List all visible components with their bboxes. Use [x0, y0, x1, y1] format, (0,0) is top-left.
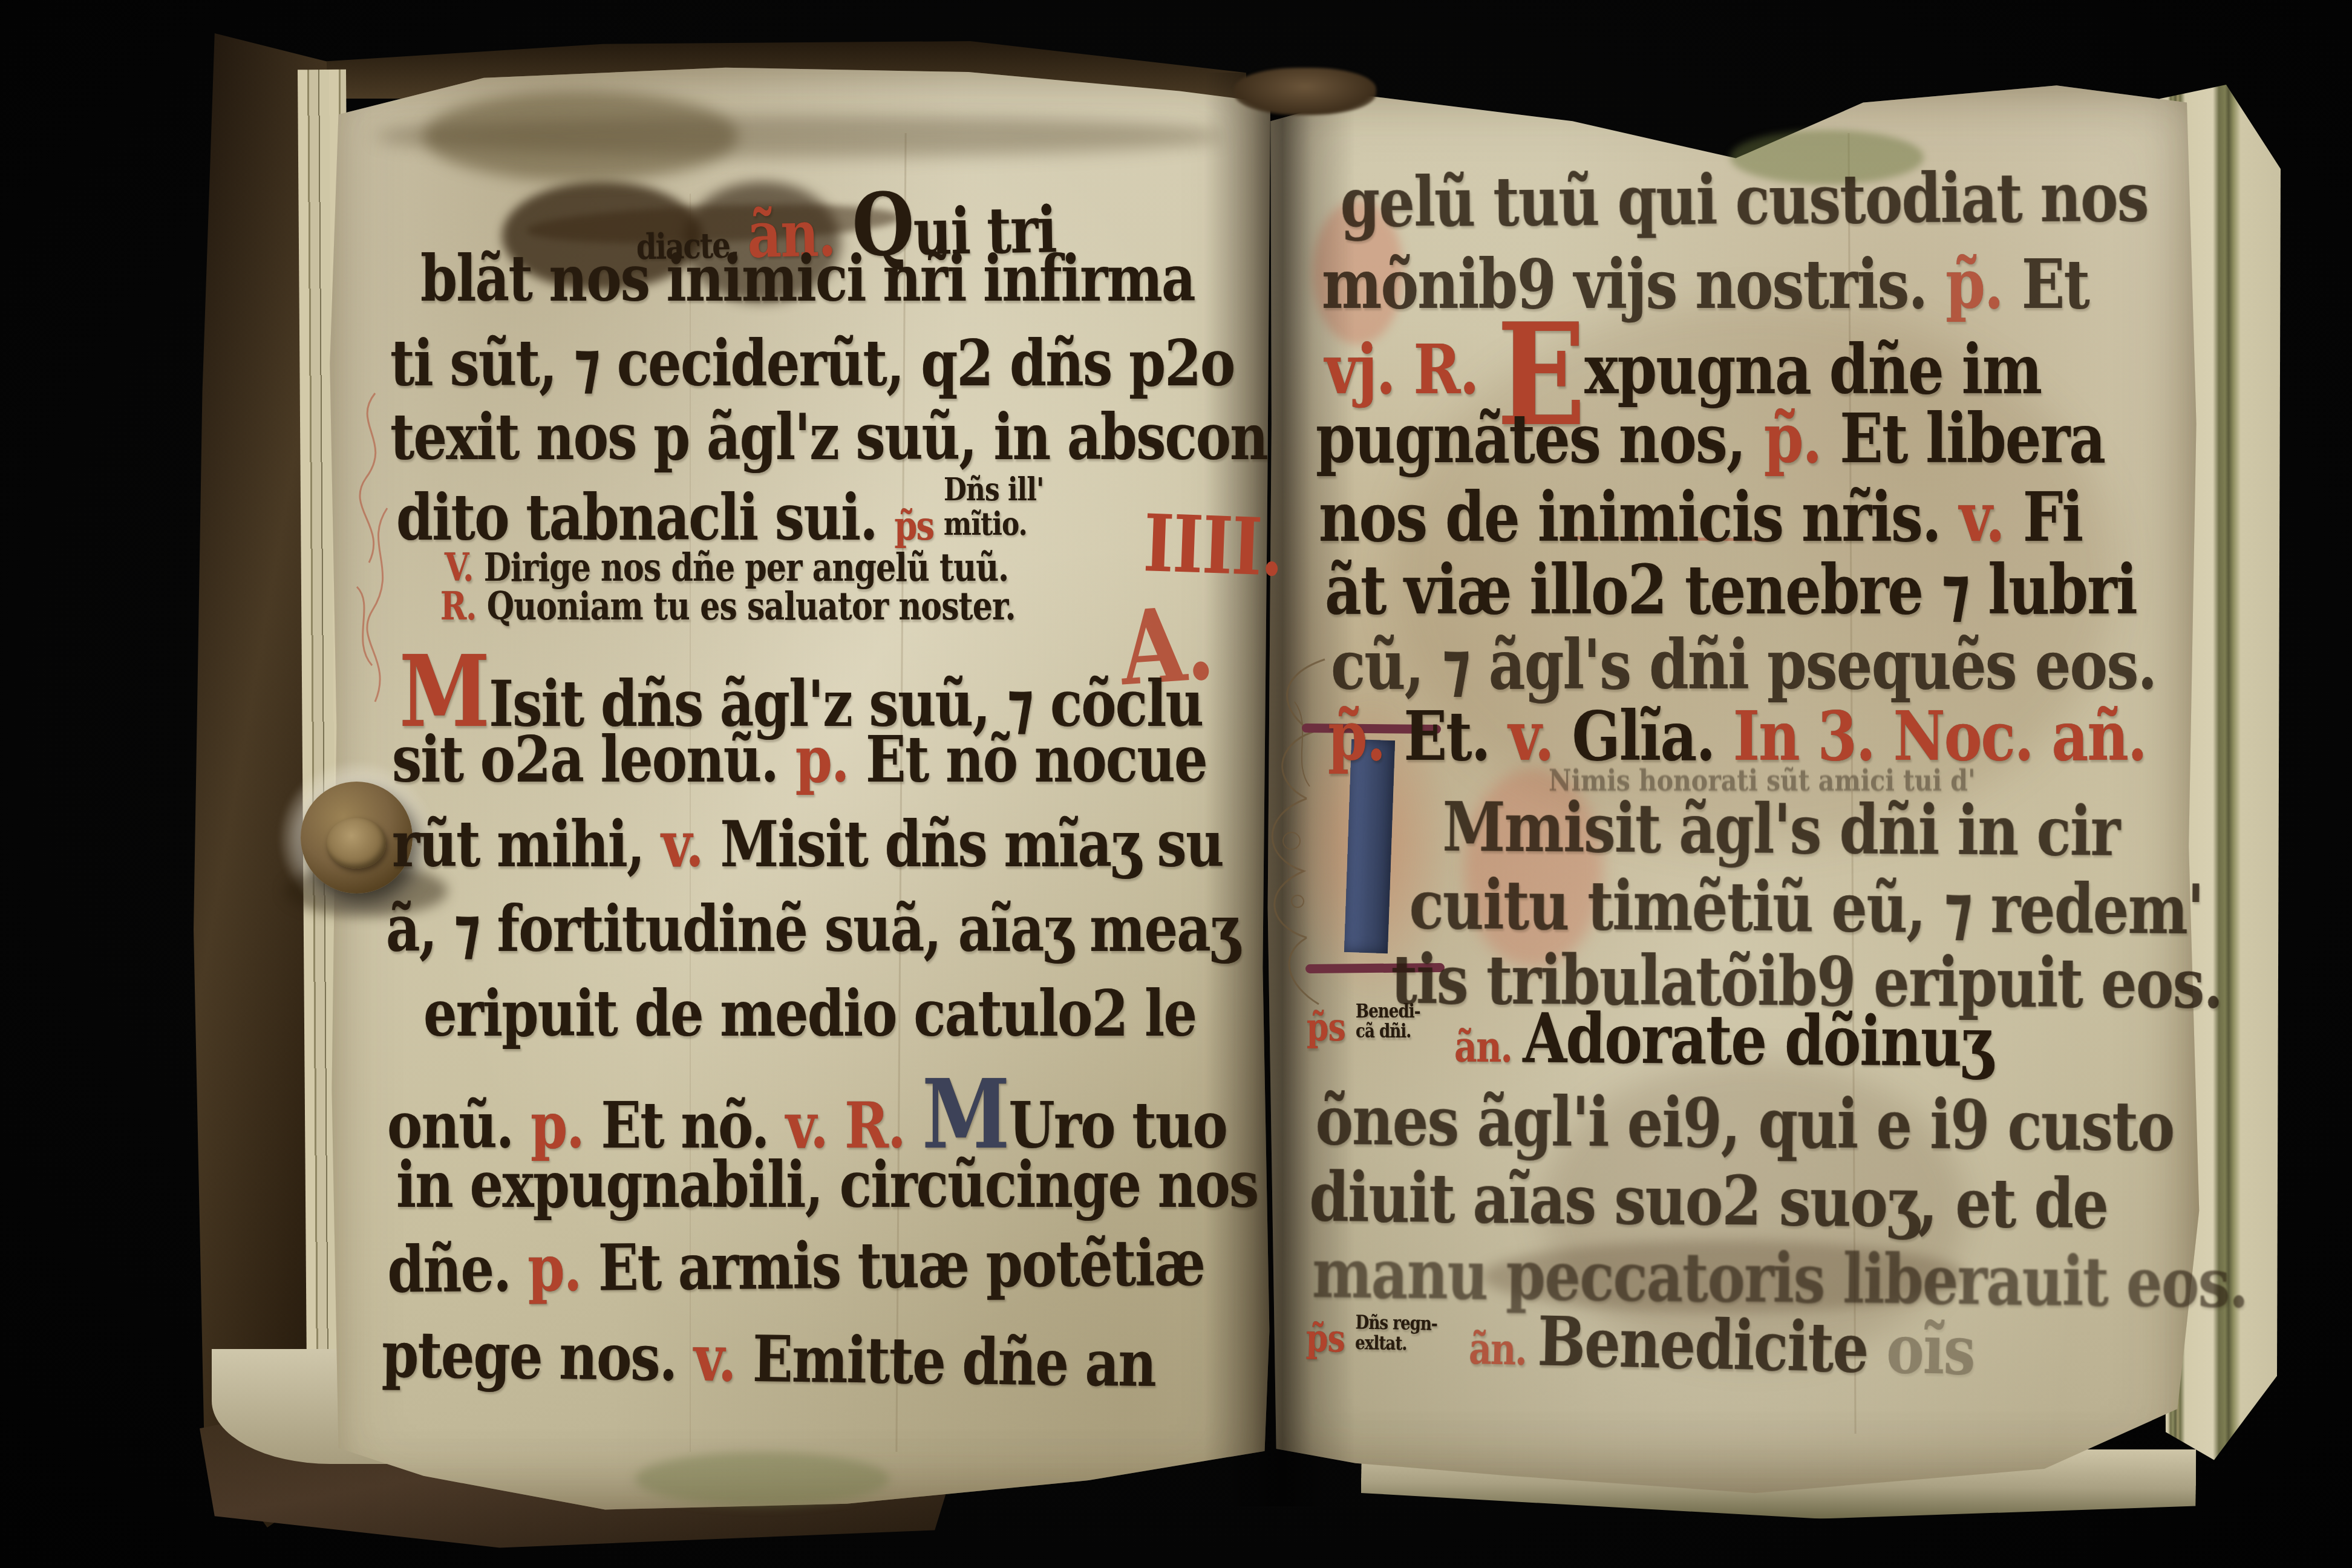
- right-page-line-5: nos de inimicis nr̃is. v. Fi: [1319, 477, 2082, 557]
- text-segment: dñe.: [387, 1232, 528, 1307]
- right-page-margin-psalm-2: p̃s Dñs regn- exltat.: [1306, 1312, 1438, 1363]
- left-page-line-4: texit nos p ãgl'z suũ, in abscon: [390, 400, 1267, 475]
- text-segment: Et.: [1404, 696, 1509, 776]
- text-segment: oĩs: [1886, 1308, 1975, 1390]
- text-segment: dito tabnacli sui.: [396, 480, 894, 555]
- text-segment: ti sũt, ⁊ ceciderũt, q2 dñs p2o: [390, 327, 1235, 401]
- text-segment: Et libera: [1840, 398, 2105, 479]
- text-segment: p̃s: [1306, 1316, 1356, 1361]
- left-page-line-12: eripuit de medio catulo2 le: [423, 977, 1196, 1051]
- left-page-line-10: rũt mihi, v. Misit dñs mĩaʒ su: [392, 808, 1223, 882]
- text-segment: p̃s: [1307, 1005, 1356, 1050]
- right-page-line-12: ãn. Adorate dõinuʒ: [1454, 997, 1993, 1082]
- text-segment: p.: [795, 723, 866, 797]
- text-segment: p̃.: [1945, 244, 2022, 324]
- text-segment: Dirige nos dñe per angelũ tuũ.: [484, 546, 1009, 590]
- right-page-line-10: cuitu timẽtiũ eũ, ⁊ redem': [1409, 864, 2204, 950]
- text-segment: in expugnabili, circũcinge nos: [396, 1148, 1258, 1223]
- right-page-margin-psalm-1: p̃s Benedi- cã dñi.: [1307, 1001, 1420, 1050]
- text-segment: Et nõ nocue: [866, 723, 1207, 797]
- text-segment: pugnãtes nos,: [1316, 398, 1764, 479]
- text-segment: v.: [1959, 477, 2023, 557]
- text-segment: Misit dñs mĩaʒ su: [720, 808, 1223, 882]
- text-segment: texit nos p ãgl'z suũ, in abscon: [390, 400, 1267, 475]
- text-segment: ã, ⁊ fortitudinẽ suã, aĩaʒ meaʒ: [386, 892, 1239, 967]
- text-segment: ãn.: [1468, 1324, 1538, 1375]
- text-segment: eripuit de medio catulo2 le: [423, 977, 1196, 1051]
- text-segment: IIII.: [1142, 497, 1284, 594]
- text-segment: diuit aĩas suo2 suoʒ, et de: [1309, 1157, 2108, 1244]
- left-page-line-6: V. Dirige nos dñe per angelũ tuũ.: [445, 546, 1008, 590]
- left-page-line-3: ti sũt, ⁊ ceciderũt, q2 dñs p2o: [390, 327, 1235, 401]
- clasp-knob-stub: [327, 818, 386, 869]
- right-page-line-4: pugnãtes nos, p̃. Et libera: [1316, 398, 2105, 479]
- right-page-line-14: diuit aĩas suo2 suoʒ, et de: [1309, 1157, 2108, 1244]
- left-page-line-14: in expugnabili, circũcinge nos: [396, 1148, 1258, 1223]
- photo-stage: diacte, ãn. Qui tri blãt nos inimici nr̃…: [0, 0, 2352, 1568]
- text-segment: p̃.: [1328, 696, 1404, 776]
- right-page-line-7: cũ, ⁊ ãgl's dñi psequẽs eos.: [1331, 624, 2156, 705]
- text-segment: V.: [445, 546, 484, 590]
- left-page-line-5: dito tabnacli sui. p̃s Dñs ill' mĩtio.: [396, 473, 1044, 555]
- left-page-line-2: blãt nos inimici nr̃i infirma: [420, 242, 1195, 316]
- text-segment: p̃s: [894, 502, 944, 549]
- text-segment: Benedi- cã dñi.: [1356, 1001, 1420, 1042]
- text-segment: v.: [693, 1321, 753, 1396]
- left-page-line-9: sit o2a leonũ. p. Et nõ nocue: [392, 723, 1207, 797]
- text-segment: R.: [440, 584, 487, 629]
- text-segment: sit o2a leonũ.: [392, 723, 795, 797]
- text-segment: Fi: [2023, 477, 2083, 557]
- text-segment: nos de inimicis nr̃is.: [1319, 477, 1959, 557]
- text-segment: ãn.: [1454, 1021, 1523, 1072]
- text-segment: Mmisit ãgl's dñi in cir: [1442, 786, 2120, 872]
- text-segment: blãt nos inimici nr̃i infirma: [420, 242, 1195, 316]
- text-segment: rũt mihi,: [392, 808, 661, 882]
- text-segment: Dñs ill' mĩtio.: [944, 473, 1044, 542]
- left-page-rubric-IIII: IIII.: [1142, 497, 1284, 594]
- right-page-line-6: ãt viæ illo2 tenebre ⁊ lubri: [1325, 549, 2137, 630]
- headband-fray: [1234, 68, 1376, 115]
- right-page-line-13: õnes ãgl'i ei9, qui e i9 custo: [1315, 1080, 2174, 1166]
- text-segment: ãt viæ illo2 tenebre ⁊ lubri: [1325, 549, 2137, 630]
- right-page-line-16: ãn. Benedicite oĩs: [1468, 1299, 1975, 1391]
- text-segment: cuitu timẽtiũ eũ, ⁊ redem': [1409, 864, 2204, 950]
- text-segment: mõnib9 vijs nostris.: [1322, 244, 1945, 324]
- right-page-line-2: mõnib9 vijs nostris. p̃. Et: [1322, 244, 2089, 324]
- text-segment: Benedicite: [1537, 1301, 1887, 1388]
- text-segment: Quoniam tu es saluator noster.: [487, 584, 1016, 629]
- text-segment: Et: [2022, 244, 2089, 324]
- left-page-line-16: ptege nos. v. Emitte dñe an: [381, 1318, 1155, 1402]
- right-page-line-1: gelũ tuũ qui custodiat nos: [1340, 157, 2148, 243]
- text-segment: cũ, ⁊ ãgl's dñi psequẽs eos.: [1331, 624, 2156, 705]
- text-segment: p.: [528, 1231, 598, 1306]
- text-segment: v.: [661, 808, 720, 882]
- left-page-line-11: ã, ⁊ fortitudinẽ suã, aĩaʒ meaʒ: [386, 892, 1239, 967]
- text-segment: Emitte dñe an: [753, 1322, 1156, 1401]
- text-segment: p̃.: [1764, 398, 1840, 479]
- text-segment: gelũ tuũ qui custodiat nos: [1340, 157, 2148, 243]
- right-page-line-9: Mmisit ãgl's dñi in cir: [1442, 786, 2120, 872]
- text-segment: ptege nos.: [381, 1318, 694, 1396]
- text-segment: Et armis tuæ potẽtiæ: [598, 1226, 1204, 1305]
- text-segment: õnes ãgl'i ei9, qui e i9 custo: [1315, 1080, 2174, 1166]
- left-page-line-7: R. Quoniam tu es saluator noster.: [440, 584, 1016, 629]
- text-segment: Adorate dõinuʒ: [1523, 998, 1992, 1082]
- left-page-line-15: dñe. p. Et armis tuæ potẽtiæ: [387, 1226, 1205, 1307]
- text-segment: Dñs regn- exltat.: [1355, 1312, 1437, 1354]
